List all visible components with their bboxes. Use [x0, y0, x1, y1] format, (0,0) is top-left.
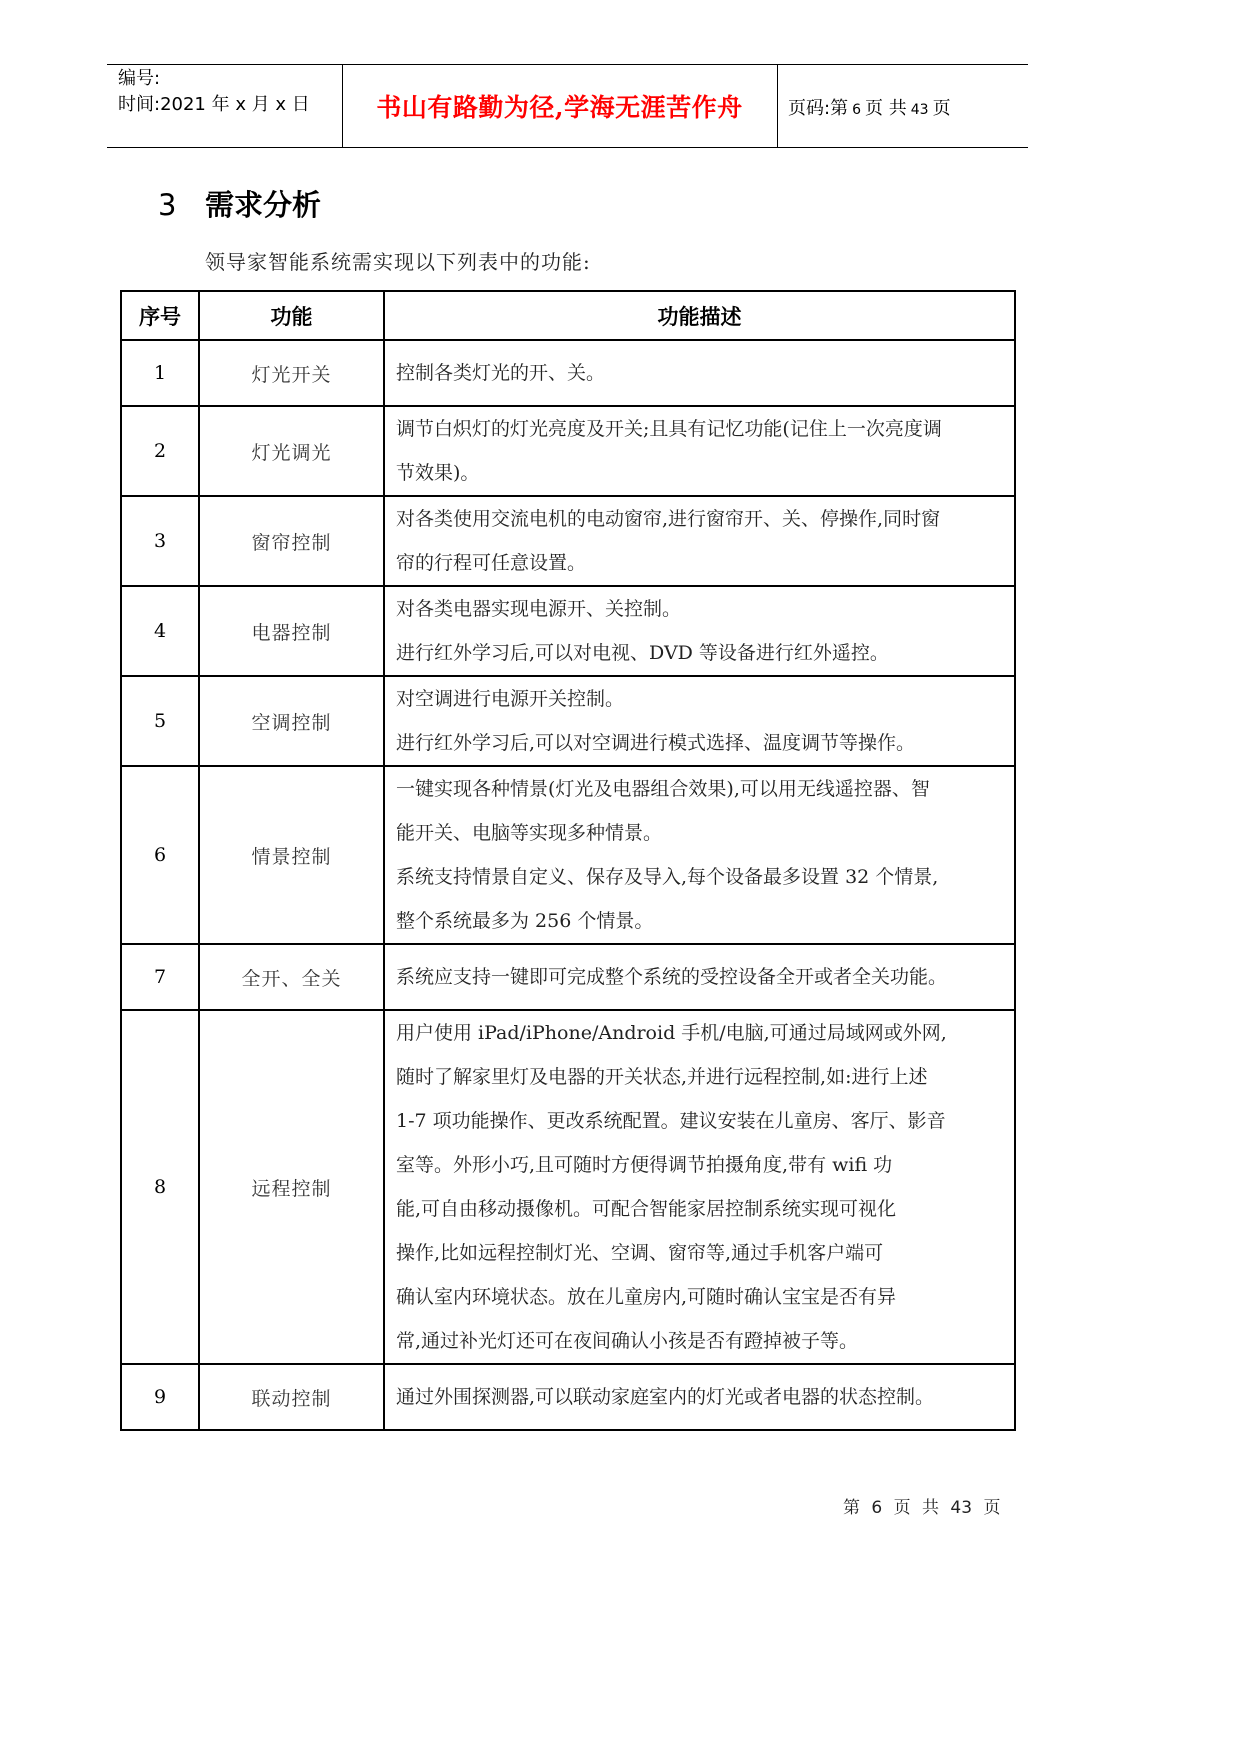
description-line: 进行红外学习后,可以对空调进行模式选择、温度调节等操作。 — [396, 721, 1004, 765]
table-row: 4 电器控制 对各类电器实现电源开、关控制。进行红外学习后,可以对电视、DVD … — [121, 586, 1015, 676]
page-mid: 页 共 — [865, 98, 907, 119]
table-row: 7 全开、全关 系统应支持一键即可完成整个系统的受控设备全开或者全关功能。 — [121, 944, 1015, 1010]
row-function: 灯光开关 — [199, 340, 384, 406]
row-description: 对空调进行电源开关控制。进行红外学习后,可以对空调进行模式选择、温度调节等操作。 — [384, 676, 1015, 766]
description-line: 操作,比如远程控制灯光、空调、窗帘等,通过手机客户端可 — [396, 1231, 1004, 1275]
page-total: 43 — [911, 102, 929, 118]
description-line: 通过外围探测器,可以联动家庭室内的灯光或者电器的状态控制。 — [396, 1375, 1004, 1419]
header-bottom-rule — [107, 147, 1028, 148]
description-line: 进行红外学习后,可以对电视、DVD 等设备进行红外遥控。 — [396, 631, 1004, 675]
description-line: 系统支持情景自定义、保存及导入,每个设备最多设置 32 个情景, — [396, 855, 1004, 899]
row-description: 通过外围探测器,可以联动家庭室内的灯光或者电器的状态控制。 — [384, 1364, 1015, 1430]
description-line: 室等。外形小巧,且可随时方便得调节拍摄角度,带有 wifi 功 — [396, 1143, 1004, 1187]
row-number: 6 — [121, 766, 199, 944]
row-description: 系统应支持一键即可完成整个系统的受控设备全开或者全关功能。 — [384, 944, 1015, 1010]
row-number: 2 — [121, 406, 199, 496]
description-line: 控制各类灯光的开、关。 — [396, 351, 1004, 395]
page-prefix: 页码:第 — [788, 98, 848, 119]
row-function: 全开、全关 — [199, 944, 384, 1010]
page-footer: 第 6 页 共 43 页 — [843, 1493, 1000, 1518]
row-number: 7 — [121, 944, 199, 1010]
section-heading: 3需求分析 — [158, 183, 321, 224]
table-row: 5 空调控制 对空调进行电源开关控制。进行红外学习后,可以对空调进行模式选择、温… — [121, 676, 1015, 766]
table-row: 1 灯光开关 控制各类灯光的开、关。 — [121, 340, 1015, 406]
row-number: 1 — [121, 340, 199, 406]
header-divider-right — [777, 64, 778, 148]
table-body: 1 灯光开关 控制各类灯光的开、关。 2 灯光调光 调节白炽灯的灯光亮度及开关;… — [121, 340, 1015, 1430]
column-header-description: 功能描述 — [384, 291, 1015, 340]
description-line: 随时了解家里灯及电器的开关状态,并进行远程控制,如:进行上述 — [396, 1055, 1004, 1099]
row-description: 对各类使用交流电机的电动窗帘,进行窗帘开、关、停操作,同时窗帘的行程可任意设置。 — [384, 496, 1015, 586]
table-row: 2 灯光调光 调节白炽灯的灯光亮度及开关;且具有记忆功能(记住上一次亮度调节效果… — [121, 406, 1015, 496]
description-line: 整个系统最多为 256 个情景。 — [396, 899, 1004, 943]
header-motto: 书山有路勤为径,学海无涯苦作舟 — [342, 88, 777, 124]
document-date: 时间:2021 年 x 月 x 日 — [118, 92, 310, 118]
header-meta: 编号: 时间:2021 年 x 月 x 日 — [118, 66, 310, 118]
description-line: 帘的行程可任意设置。 — [396, 541, 1004, 585]
table-row: 8 远程控制 用户使用 iPad/iPhone/Android 手机/电脑,可通… — [121, 1010, 1015, 1364]
section-intro: 领导家智能系统需实现以下列表中的功能: — [205, 246, 591, 275]
description-line: 对空调进行电源开关控制。 — [396, 677, 1004, 721]
description-line: 对各类电器实现电源开、关控制。 — [396, 587, 1004, 631]
page-current: 6 — [852, 102, 861, 118]
table-header-row: 序号 功能 功能描述 — [121, 291, 1015, 340]
table-row: 9 联动控制 通过外围探测器,可以联动家庭室内的灯光或者电器的状态控制。 — [121, 1364, 1015, 1430]
page-suffix: 页 — [933, 98, 951, 119]
document-number-label: 编号: — [118, 66, 310, 92]
description-line: 能开关、电脑等实现多种情景。 — [396, 811, 1004, 855]
row-description: 对各类电器实现电源开、关控制。进行红外学习后,可以对电视、DVD 等设备进行红外… — [384, 586, 1015, 676]
section-number: 3 — [158, 188, 205, 222]
description-line: 确认室内环境状态。放在儿童房内,可随时确认宝宝是否有异 — [396, 1275, 1004, 1319]
row-description: 一键实现各种情景(灯光及电器组合效果),可以用无线遥控器、智能开关、电脑等实现多… — [384, 766, 1015, 944]
row-function: 联动控制 — [199, 1364, 384, 1430]
row-function: 电器控制 — [199, 586, 384, 676]
column-header-number: 序号 — [121, 291, 199, 340]
table-row: 3 窗帘控制 对各类使用交流电机的电动窗帘,进行窗帘开、关、停操作,同时窗帘的行… — [121, 496, 1015, 586]
description-line: 用户使用 iPad/iPhone/Android 手机/电脑,可通过局域网或外网… — [396, 1011, 1004, 1055]
requirements-table: 序号 功能 功能描述 1 灯光开关 控制各类灯光的开、关。 2 灯光调光 调节白… — [120, 290, 1016, 1431]
section-title: 需求分析 — [205, 188, 321, 222]
row-function: 情景控制 — [199, 766, 384, 944]
column-header-function: 功能 — [199, 291, 384, 340]
description-line: 能,可自由移动摄像机。可配合智能家居控制系统实现可视化 — [396, 1187, 1004, 1231]
row-number: 3 — [121, 496, 199, 586]
row-description: 用户使用 iPad/iPhone/Android 手机/电脑,可通过局域网或外网… — [384, 1010, 1015, 1364]
description-line: 1-7 项功能操作、更改系统配置。建议安装在儿童房、客厅、影音 — [396, 1099, 1004, 1143]
row-function: 窗帘控制 — [199, 496, 384, 586]
row-number: 4 — [121, 586, 199, 676]
row-number: 5 — [121, 676, 199, 766]
row-description: 调节白炽灯的灯光亮度及开关;且具有记忆功能(记住上一次亮度调节效果)。 — [384, 406, 1015, 496]
row-number: 8 — [121, 1010, 199, 1364]
row-function: 灯光调光 — [199, 406, 384, 496]
row-function: 空调控制 — [199, 676, 384, 766]
description-line: 一键实现各种情景(灯光及电器组合效果),可以用无线遥控器、智 — [396, 767, 1004, 811]
header-page-indicator: 页码:第6页 共43页 — [788, 94, 951, 120]
row-number: 9 — [121, 1364, 199, 1430]
row-function: 远程控制 — [199, 1010, 384, 1364]
description-line: 系统应支持一键即可完成整个系统的受控设备全开或者全关功能。 — [396, 955, 1004, 999]
table-row: 6 情景控制 一键实现各种情景(灯光及电器组合效果),可以用无线遥控器、智能开关… — [121, 766, 1015, 944]
description-line: 常,通过补光灯还可在夜间确认小孩是否有蹬掉被子等。 — [396, 1319, 1004, 1363]
description-line: 对各类使用交流电机的电动窗帘,进行窗帘开、关、停操作,同时窗 — [396, 497, 1004, 541]
header-top-rule — [107, 64, 1028, 65]
description-line: 调节白炽灯的灯光亮度及开关;且具有记忆功能(记住上一次亮度调 — [396, 407, 1004, 451]
row-description: 控制各类灯光的开、关。 — [384, 340, 1015, 406]
description-line: 节效果)。 — [396, 451, 1004, 495]
